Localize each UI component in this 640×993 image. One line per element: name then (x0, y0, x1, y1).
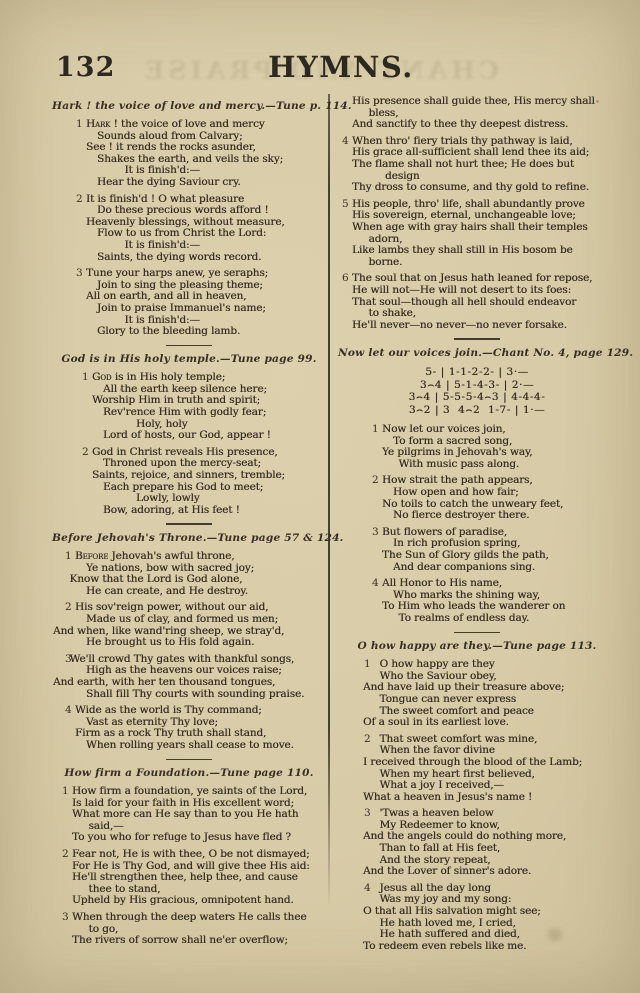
section-divider (166, 759, 212, 761)
verse-number: 2 (65, 602, 72, 614)
verse-line: Hear the dying Saviour cry. (52, 177, 326, 189)
hymn-verse: 1God is in His holy temple;All the earth… (52, 372, 326, 442)
chant-line: 3⌢4 | 5-1-4-3- | 2·— (338, 379, 616, 392)
hymn-verse: 3'Twas a heaven belowMy Redeemer to know… (338, 808, 616, 878)
column-divider-rule (328, 94, 330, 908)
verse-number: 1 (62, 786, 69, 798)
verse-line: It is finish'd:— (52, 240, 326, 252)
verse-line: No fierce destroyer there. (338, 510, 616, 522)
left-column: Hark ! the voice of love and mercy.—Tune… (52, 96, 326, 952)
verse-line: I received through the blood of the Lamb… (338, 757, 616, 769)
verse-number: 1 (82, 372, 89, 384)
verse-line: Fear not, He is with thee, O be not dism… (52, 849, 326, 861)
hymn-verse: 4When thro' fiery trials thy pathway is … (338, 136, 616, 194)
verse-number: 3 (364, 808, 371, 820)
verse-line: Shall fill Thy courts with sounding prai… (52, 689, 326, 701)
chant-notation: 5- | 1-1-2-2- | 3·—3⌢4 | 5-1-4-3- | 2·—3… (338, 366, 616, 417)
hymn-verse: 6The soul that on Jesus hath leaned for … (338, 273, 616, 331)
hymn-tune-heading: Hark ! the voice of love and mercy.—Tune… (52, 100, 326, 113)
verse-line: Bow, adoring, at His feet ! (52, 505, 326, 517)
verse-line: Saints, rejoice, and sinners, tremble; (52, 470, 326, 482)
verse-line: To redeem even rebels like me. (338, 941, 616, 953)
hymn-verse: 2His sov'reign power, without our aid,Ma… (52, 602, 326, 648)
verse-line: What a joy I received,— (338, 780, 616, 792)
section-divider (166, 523, 212, 525)
hymn-verse: 2That sweet comfort was mine,When the fa… (338, 734, 616, 804)
verse-number: 1 (76, 119, 83, 131)
verse-number: 3 (76, 268, 83, 280)
hymn-verse: 2How strait the path appears,How open an… (338, 475, 616, 521)
verse-line: And the Lover of sinner's adore. (338, 866, 616, 878)
hymn-verse: 1How firm a foundation, ye saints of the… (52, 786, 326, 844)
verse-line: When rolling years shall cease to move. (52, 740, 326, 752)
verse-line: To you who for refuge to Jesus have fled… (52, 832, 326, 844)
hymn-verse: 2God in Christ reveals His presence,Thro… (52, 447, 326, 517)
verse-line: borne. (338, 257, 616, 269)
verse-line: O how happy are they (338, 659, 616, 671)
verse-line: He'll never—no never—no never forsake. (338, 320, 616, 332)
verse-line: O that all His salvation might see; (338, 906, 616, 918)
hymn-verse: 3Tune your harps anew, ye seraphs;Join t… (52, 268, 326, 338)
verse-number: 2 (82, 447, 89, 459)
hymn-verse: 1Before Jehovah's awful throne,Ye nation… (52, 551, 326, 597)
small-caps-lead-word: Hark (86, 118, 110, 130)
hymn-verse: 4Wide as the world is Thy command;Vast a… (52, 705, 326, 751)
verse-number: 1 (372, 424, 379, 436)
verse-number: 1 (364, 659, 371, 671)
chant-line: 5- | 1-1-2-2- | 3·— (338, 366, 616, 379)
verse-line: Thy dross to consume, and thy gold to re… (338, 182, 616, 194)
hymn-tune-heading: God is in His holy temple.—Tune page 99. (52, 353, 326, 366)
hymn-verse: 3But flowers of paradise,In rich profusi… (338, 527, 616, 573)
hymn-verse: His presence shall guide thee, His mercy… (338, 96, 616, 131)
chant-line: 3⌢2 | 3 4⌢2 1-7- | 1·— (338, 404, 616, 417)
verse-number: 2 (76, 194, 83, 206)
verse-line: Tongue can never express (338, 694, 616, 706)
verse-line: Do these precious words afford ! (52, 205, 326, 217)
verse-number: 2 (372, 475, 379, 487)
hymn-verse: 4Jesus all the day longWas my joy and my… (338, 883, 616, 953)
hymn-tune-heading: Now let our voices join.—Chant No. 4, pa… (338, 347, 616, 360)
verse-line: Now let our voices join, (338, 424, 616, 436)
hymn-verse: 5His people, thro' life, shall abundantl… (338, 199, 616, 269)
verse-number: 1 (65, 551, 72, 563)
verse-line: Join to praise Immanuel's name; (52, 303, 326, 315)
verse-line: Tune your harps anew, ye seraphs; (52, 268, 326, 280)
section-divider (454, 338, 500, 340)
verse-line: The Sun of Glory gilds the path, (338, 550, 616, 562)
hymn-verse: 3When through the deep waters He calls t… (52, 912, 326, 947)
hymn-verse: 1Hark ! the voice of love and mercySound… (52, 119, 326, 189)
hymn-tune-heading: How firm a Foundation.—Tune page 110. (52, 767, 326, 780)
verse-number: 6 (342, 273, 349, 285)
verse-line: Before Jehovah's awful throne, (52, 551, 326, 563)
verse-number: 3 (372, 527, 379, 539)
verse-line: When through the deep waters He calls th… (52, 912, 326, 924)
verse-line: When age with gray hairs shall their tem… (338, 222, 616, 234)
verse-number: 2 (62, 849, 69, 861)
verse-line: He brought us to His fold again. (52, 637, 326, 649)
verse-number: 4 (372, 578, 379, 590)
verse-line: Made us of clay, and formed us men; (52, 614, 326, 626)
verse-number: 4 (65, 705, 72, 717)
verse-line: Rev'rence Him with godly fear; (52, 407, 326, 419)
hymn-tune-heading: Before Jehovah's Throne.—Tune page 57 & … (52, 532, 326, 545)
verse-number: 4 (342, 136, 349, 148)
verse-line: How open and how fair; (338, 487, 616, 499)
verse-line: With music pass along. (338, 459, 616, 471)
verse-line: Hark ! the voice of love and mercy (52, 119, 326, 131)
hymn-verse: 2Fear not, He is with thee, O be not dis… (52, 849, 326, 907)
verse-line: Lord of hosts, our God, appear ! (52, 430, 326, 442)
verse-number: 2 (364, 734, 371, 746)
verse-line: And sanctify to thee thy deepest distres… (338, 119, 616, 131)
verse-line: to shake, (338, 308, 616, 320)
verse-line: To realms of endless day. (338, 613, 616, 625)
hymn-verse: 2It is finish'd ! O what pleasureDo thes… (52, 194, 326, 264)
verse-line: Wide as the world is Thy command; (52, 705, 326, 717)
verse-line: Like lambs they shall still in His bosom… (338, 245, 616, 257)
verse-line: He can create, and He destroy. (52, 586, 326, 598)
verse-number: 3 (65, 654, 72, 666)
section-divider (166, 345, 212, 347)
small-caps-lead-word: God (92, 371, 111, 383)
verse-line: His presence shall guide thee, His mercy… (338, 96, 616, 108)
verse-line: And earth, with her ten thousand tongues… (52, 677, 326, 689)
verse-line: Glory to the bleeding lamb. (52, 326, 326, 338)
section-divider (454, 632, 500, 634)
right-column: His presence shall guide thee, His mercy… (338, 96, 616, 957)
verse-number: 3 (62, 912, 69, 924)
verse-line: The flame shall not hurt thee; He does b… (338, 159, 616, 171)
hymn-tune-heading: O how happy are they.—Tune page 113. (338, 640, 616, 653)
verse-line: Than to fall at His feet, (338, 843, 616, 855)
hymn-verse: 4All Honor to His name,Who marks the shi… (338, 578, 616, 624)
verse-line: Upheld by His gracious, omnipotent hand. (52, 895, 326, 907)
verse-line: What a heaven in Jesus's name ! (338, 792, 616, 804)
verse-line: And dear companions sing. (338, 562, 616, 574)
verse-line: Saints, the dying words record. (52, 252, 326, 264)
verse-number: 5 (342, 199, 349, 211)
verse-line: How firm a foundation, ye saints of the … (52, 786, 326, 798)
hymn-verse: 1O how happy are theyWho the Saviour obe… (338, 659, 616, 729)
verse-number: 4 (364, 883, 371, 895)
verse-line: Of a soul in its earliest love. (338, 717, 616, 729)
verse-line: The rivers of sorrow shall ne'er overflo… (52, 935, 326, 947)
hymn-verse: 3We'll crowd Thy gates with thankful son… (52, 654, 326, 700)
page-title: HYMNS. (0, 50, 640, 84)
small-caps-lead-word: Before (75, 550, 108, 562)
chant-line: 3⌢4 | 5-5-5-4⌢3 | 4-4-4- (338, 391, 616, 404)
hymn-verse: 1Now let our voices join,To form a sacre… (338, 424, 616, 470)
verse-line: He will not—He will not desert to its fo… (338, 285, 616, 297)
